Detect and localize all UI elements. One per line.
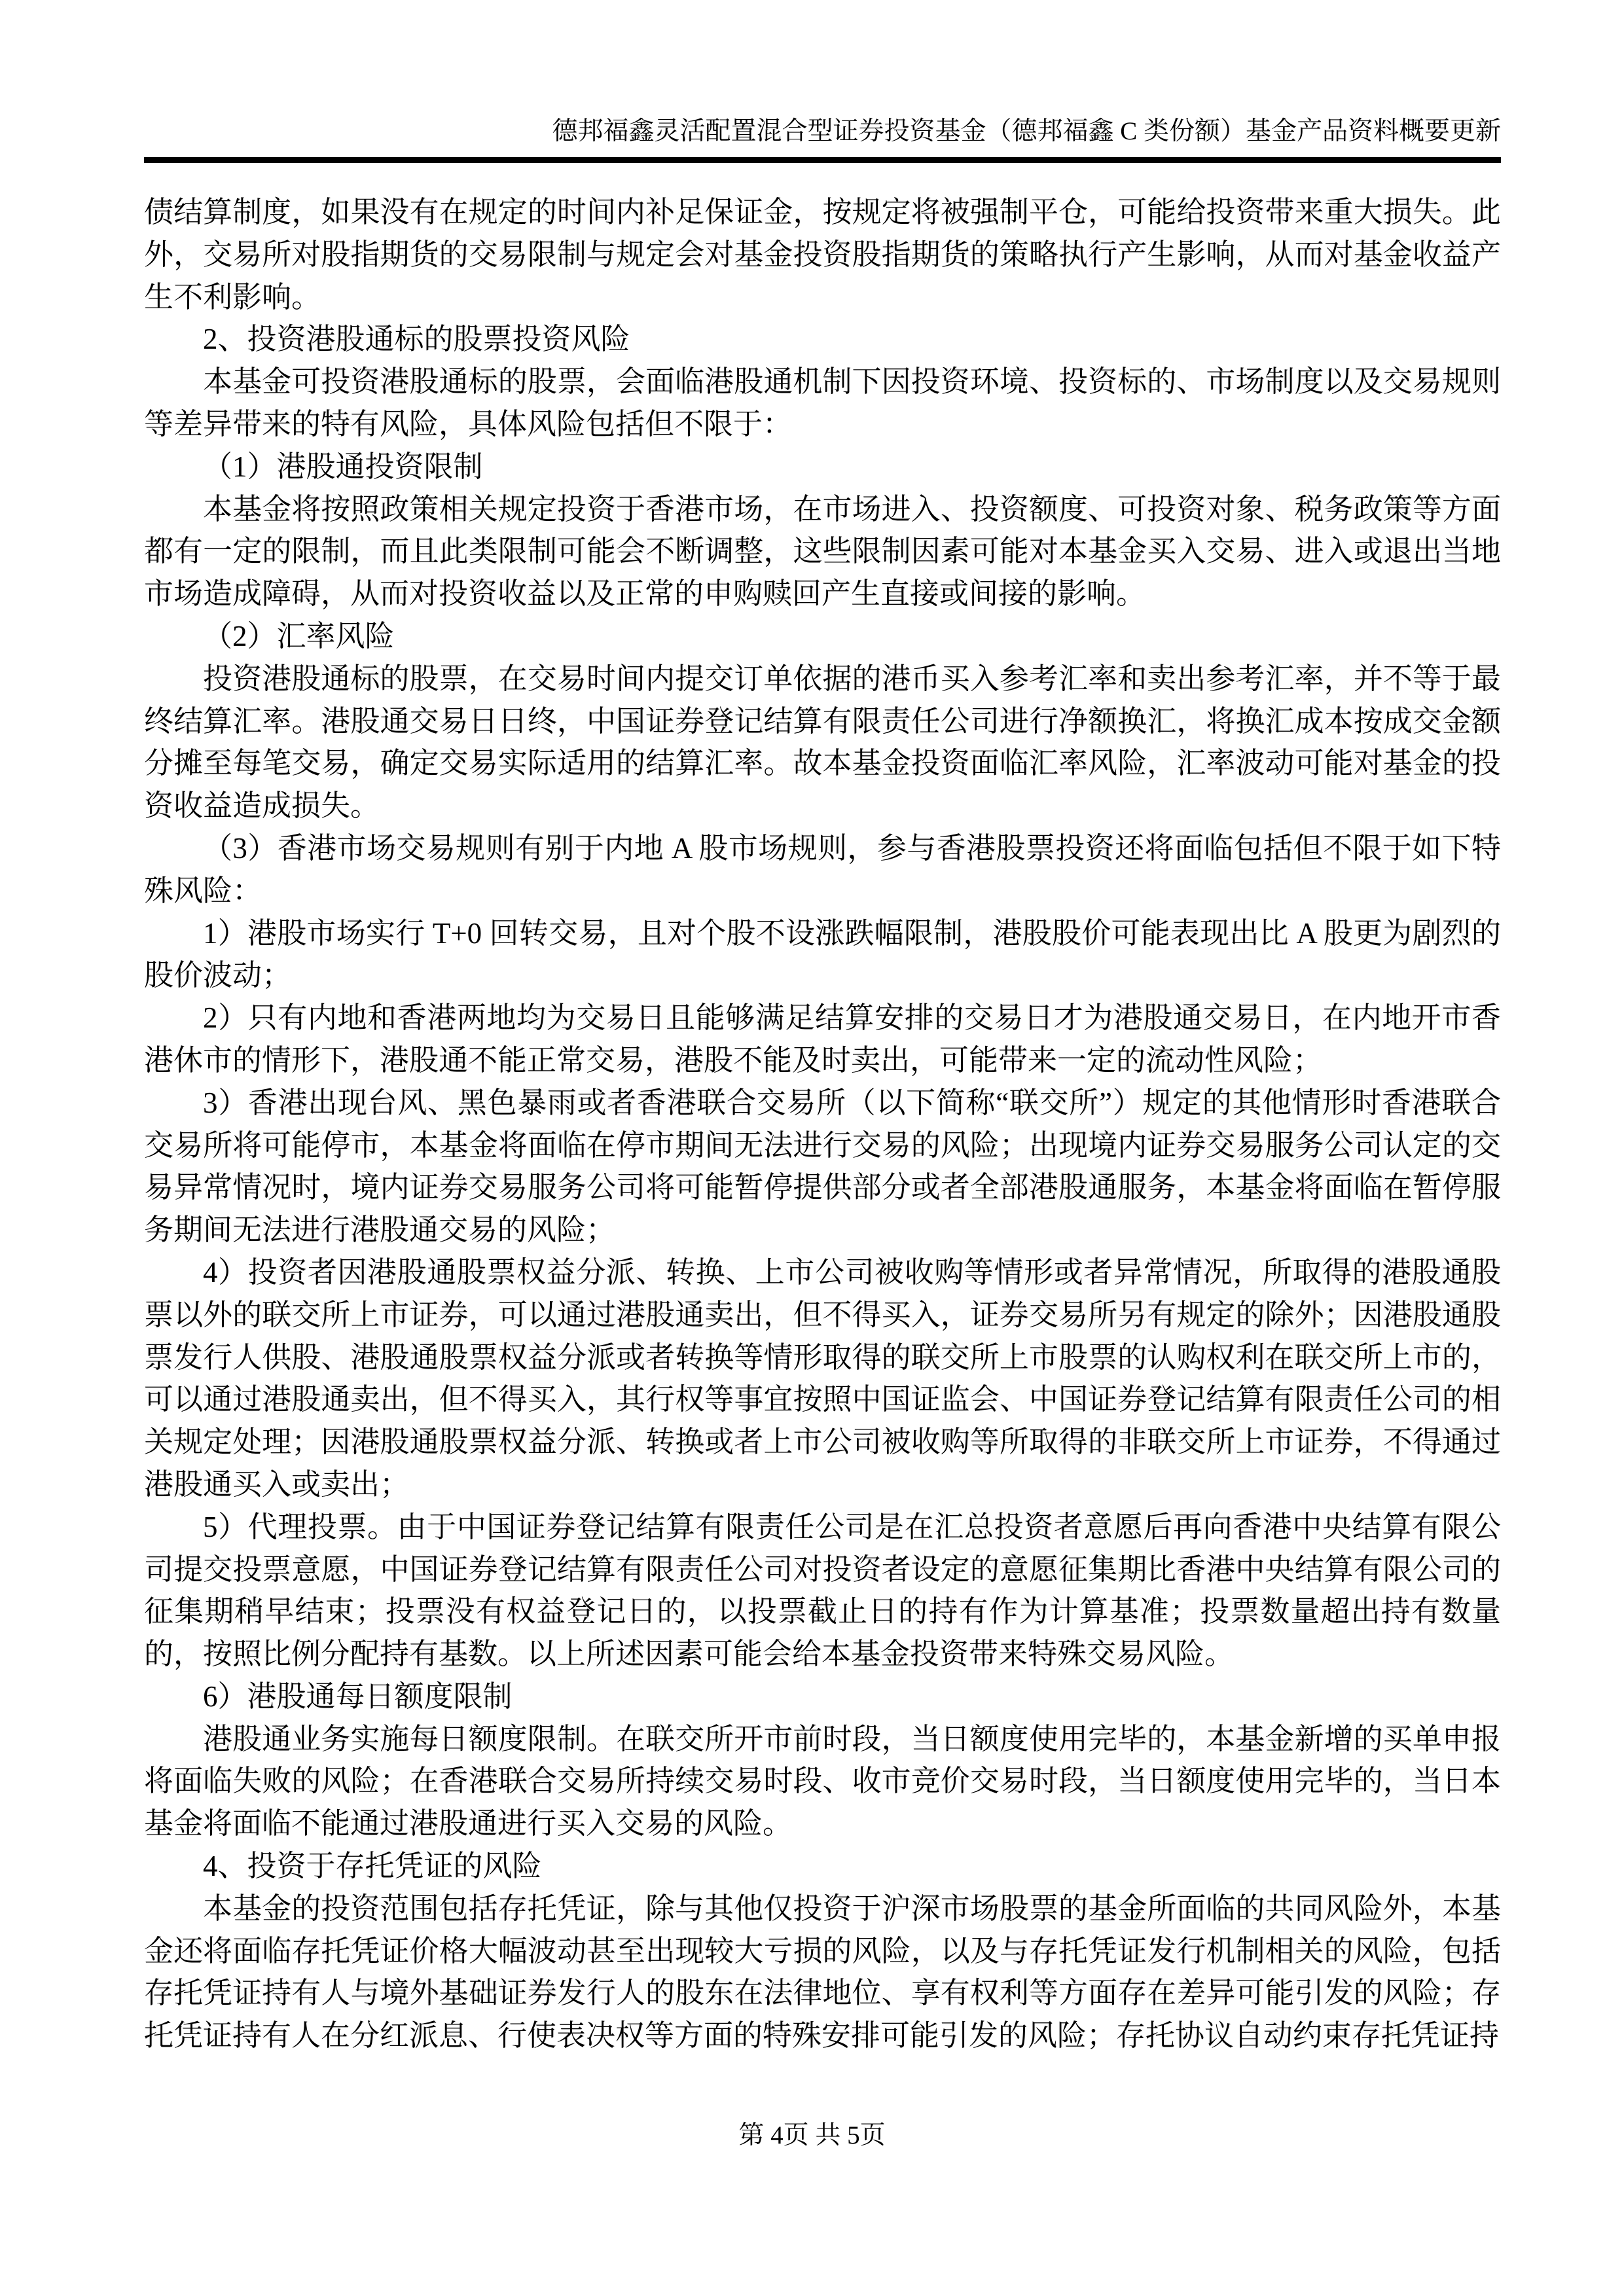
paragraph: （3）香港市场交易规则有别于内地 A 股市场规则，参与香港股票投资还将面临包括但…	[144, 827, 1501, 912]
paragraph: 5）代理投票。由于中国证券登记结算有限责任公司是在汇总投资者意愿后再向香港中央结…	[144, 1506, 1501, 1676]
page-number: 第 4页 共 5页	[738, 2121, 885, 2149]
paragraph: 债结算制度，如果没有在规定的时间内补足保证金，按规定将被强制平仓，可能给投资带来…	[144, 191, 1501, 318]
header-title: 德邦福鑫灵活配置混合型证券投资基金（德邦福鑫 C 类份额）基金产品资料概要更新	[552, 117, 1501, 145]
page-header: 德邦福鑫灵活配置混合型证券投资基金（德邦福鑫 C 类份额）基金产品资料概要更新	[144, 117, 1501, 147]
paragraph: （2）汇率风险	[144, 615, 1501, 658]
paragraph: 投资港股通标的股票，在交易时间内提交订单依据的港币买入参考汇率和卖出参考汇率，并…	[144, 658, 1501, 827]
page-footer: 第 4页 共 5页	[0, 2121, 1624, 2151]
paragraph: 4、投资于存托凭证的风险	[144, 1845, 1501, 1888]
paragraph: （1）港股通投资限制	[144, 446, 1501, 488]
paragraph: 2、投资港股通标的股票投资风险	[144, 318, 1501, 361]
paragraph: 港股通业务实施每日额度限制。在联交所开市前时段，当日额度使用完毕的，本基金新增的…	[144, 1718, 1501, 1845]
paragraph: 2）只有内地和香港两地均为交易日且能够满足结算安排的交易日才为港股通交易日，在内…	[144, 997, 1501, 1082]
paragraph: 本基金将按照政策相关规定投资于香港市场，在市场进入、投资额度、可投资对象、税务政…	[144, 488, 1501, 615]
document-body: 债结算制度，如果没有在规定的时间内补足保证金，按规定将被强制平仓，可能给投资带来…	[144, 191, 1501, 2057]
paragraph: 本基金可投资港股通标的股票，会面临港股通机制下因投资环境、投资标的、市场制度以及…	[144, 361, 1501, 446]
header-rule	[144, 157, 1501, 163]
paragraph: 3）香港出现台风、黑色暴雨或者香港联合交易所（以下简称“联交所”）规定的其他情形…	[144, 1082, 1501, 1251]
paragraph: 6）港股通每日额度限制	[144, 1676, 1501, 1718]
paragraph: 4）投资者因港股通股票权益分派、转换、上市公司被收购等情形或者异常情况，所取得的…	[144, 1251, 1501, 1506]
paragraph: 1）港股市场实行 T+0 回转交易，且对个股不设涨跌幅限制，港股股价可能表现出比…	[144, 912, 1501, 997]
document-page: 德邦福鑫灵活配置混合型证券投资基金（德邦福鑫 C 类份额）基金产品资料概要更新 …	[0, 0, 1624, 2296]
paragraph: 本基金的投资范围包括存托凭证，除与其他仅投资于沪深市场股票的基金所面临的共同风险…	[144, 1888, 1501, 2057]
